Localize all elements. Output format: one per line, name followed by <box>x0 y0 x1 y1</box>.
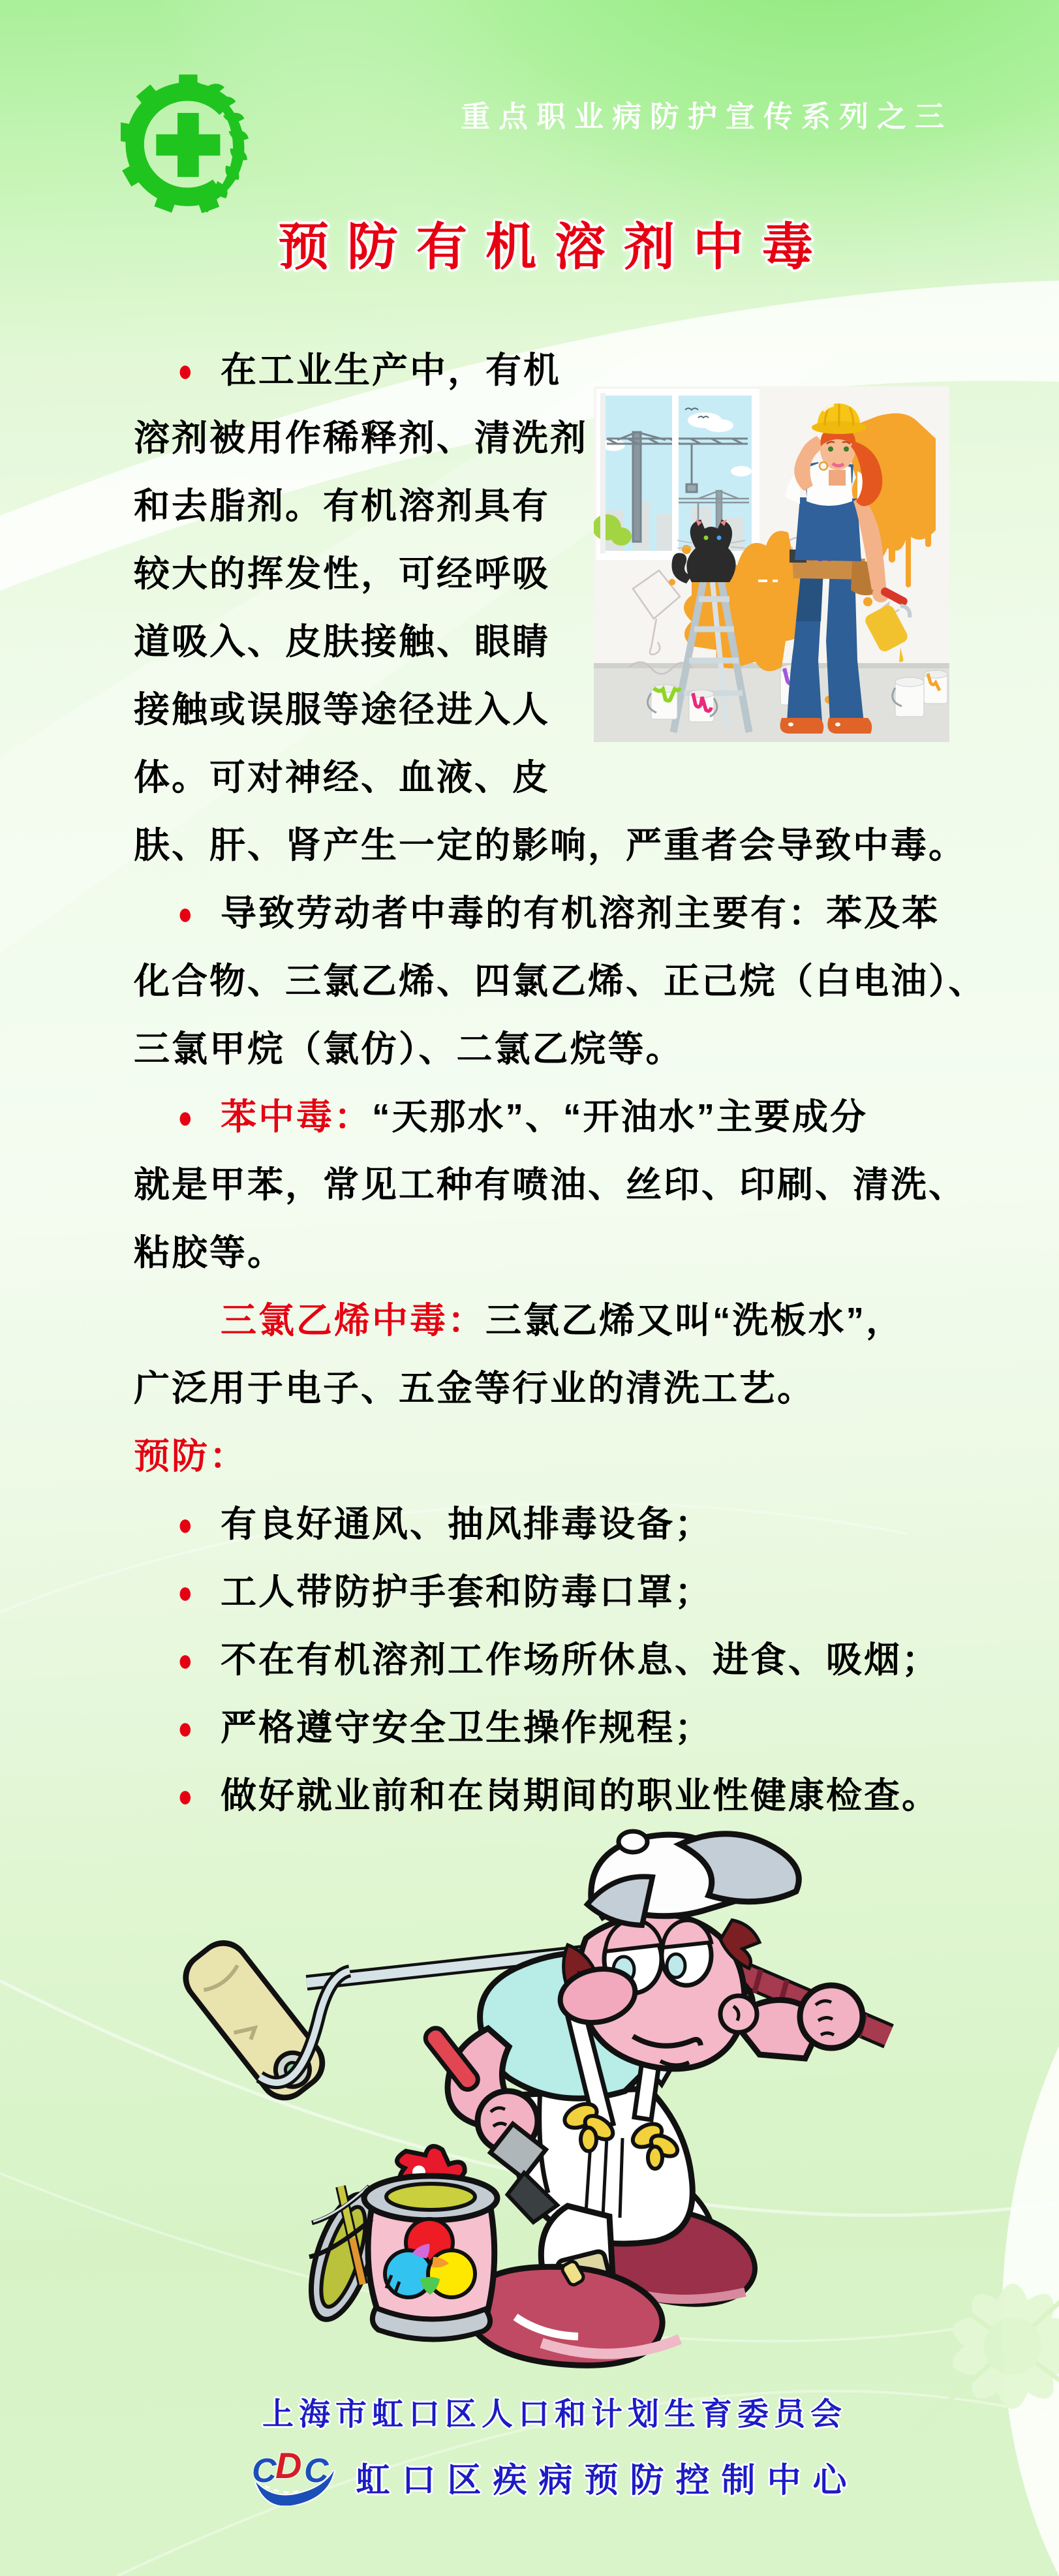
text-line: 三氯甲烷（氯仿）、二氯乙烷等。 <box>134 1015 975 1083</box>
text-line: ●苯中毒：“天那水”、“开油水”主要成分 <box>134 1083 975 1151</box>
text-line: 就是甲苯，常见工种有喷油、丝印、印刷、清洗、 <box>134 1151 975 1218</box>
line-text: 三氯乙烯又叫“洗板水”， <box>485 1300 904 1341</box>
prevention-item: ●工人带防护手套和防毒口罩； <box>134 1558 975 1626</box>
cartoon-painter <box>176 1821 907 2382</box>
line-text: 和去脂剂。有机溶剂具有 <box>134 486 550 526</box>
line-text: 三氯甲烷（氯仿）、二氯乙烷等。 <box>134 1029 684 1069</box>
text-line: 较大的挥发性，可经呼吸 <box>134 540 975 608</box>
text-line: 道吸入、皮肤接触、眼睛 <box>134 608 975 675</box>
text-line: ●导致劳动者中毒的有机溶剂主要有：苯及苯 <box>134 879 975 947</box>
bullet-icon: ● <box>177 1559 194 1627</box>
line-text: 肤、肝、肾产生一定的影响，严重者会导致中毒。 <box>134 825 966 865</box>
line-text: 做好就业前和在岗期间的职业性健康检查。 <box>221 1775 940 1816</box>
line-text: 体。可对神经、血液、皮 <box>134 757 550 798</box>
footer-committee-name: 上海市虹口区人口和计划生育委员会 <box>134 2389 975 2434</box>
red-emphasis: 苯中毒： <box>221 1096 372 1137</box>
text-line: 三氯乙烯中毒：三氯乙烯又叫“洗板水”， <box>134 1286 975 1354</box>
text-line: 肤、肝、肾产生一定的影响，严重者会导致中毒。 <box>134 811 975 879</box>
line-text: 严格遵守安全卫生操作规程； <box>221 1707 713 1748</box>
cdc-letter-c2: C <box>304 2452 330 2490</box>
gripping-fist <box>800 1985 863 2048</box>
text-line: 体。可对神经、血液、皮 <box>134 743 975 811</box>
text-line: 化合物、三氯乙烯、四氯乙烯、正己烷（白电油）、 <box>134 947 975 1015</box>
line-text: 工人带防护手套和防毒口罩； <box>221 1572 713 1612</box>
cap-button <box>619 1831 647 1852</box>
line-text: 有良好通风、抽风排毒设备； <box>221 1504 713 1544</box>
paragraph-2: ●导致劳动者中毒的有机溶剂主要有：苯及苯化合物、三氯乙烯、四氯乙烯、正己烷（白电… <box>134 879 975 1083</box>
painter-cap <box>587 1831 799 1925</box>
bullet-icon: ● <box>177 1491 194 1559</box>
prevention-list: ●有良好通风、抽风排毒设备；●工人带防护手套和防毒口罩；●不在有机溶剂工作场所休… <box>134 1490 975 1829</box>
occupational-safety-logo <box>121 73 266 215</box>
paragraph-1: ●在工业生产中，有机溶剂被用作稀释剂、清洗剂和去脂剂。有机溶剂具有较大的挥发性，… <box>134 336 975 879</box>
footer-cdc-name: 虹口区疾病预防控制中心 <box>356 2453 858 2502</box>
line-text: 不在有机溶剂工作场所休息、进食、吸烟； <box>221 1639 940 1680</box>
red-emphasis: 三氯乙烯中毒： <box>221 1300 485 1341</box>
prevention-item: ●严格遵守安全卫生操作规程； <box>134 1694 975 1761</box>
prevention-item: ●做好就业前和在岗期间的职业性健康检查。 <box>134 1761 975 1829</box>
cdc-logo: C D C <box>251 2448 339 2506</box>
series-label: 重点职业病防护宣传系列之三 <box>461 93 953 135</box>
bullet-icon: ● <box>177 1084 194 1152</box>
bullet-icon: ● <box>177 1695 194 1763</box>
paragraph-3: ●苯中毒：“天那水”、“开油水”主要成分就是甲苯，常见工种有喷油、丝印、印刷、清… <box>134 1083 975 1286</box>
line-text: 化合物、三氯乙烯、四氯乙烯、正己烷（白电油）、 <box>134 961 987 1001</box>
line-text: 就是甲苯，常见工种有喷油、丝印、印刷、清洗、 <box>134 1164 966 1205</box>
line-text: 粘胶等。 <box>134 1232 285 1273</box>
text-line: 粘胶等。 <box>134 1218 975 1286</box>
cross-icon <box>156 113 220 177</box>
line-text: “天那水”、“开油水”主要成分 <box>372 1096 868 1137</box>
paragraph-4: 三氯乙烯中毒：三氯乙烯又叫“洗板水”，广泛用于电子、五金等行业的清洗工艺。 <box>134 1286 975 1422</box>
text-line: 溶剂被用作稀释剂、清洗剂 <box>134 404 975 472</box>
line-text: 较大的挥发性，可经呼吸 <box>134 553 550 594</box>
text-line: 接触或误服等途径进入人 <box>134 675 975 743</box>
bullet-icon: ● <box>177 337 194 405</box>
footer: 上海市虹口区人口和计划生育委员会 C D C 虹口区疾病预防控制中心 <box>134 2389 975 2506</box>
line-text: 溶剂被用作稀释剂、清洗剂 <box>134 418 588 458</box>
bullet-icon: ● <box>177 1627 194 1695</box>
prevention-heading: 预防： <box>134 1422 975 1490</box>
cdc-letter-c1: C <box>252 2452 277 2490</box>
page-title: 预防有机溶剂中毒 <box>134 206 975 279</box>
text-line: 和去脂剂。有机溶剂具有 <box>134 472 975 540</box>
line-text: 广泛用于电子、五金等行业的清洗工艺。 <box>134 1368 815 1408</box>
cdc-letter-d: D <box>275 2448 301 2486</box>
prevention-item: ●有良好通风、抽风排毒设备； <box>134 1490 975 1558</box>
line-text: 在工业生产中，有机 <box>221 350 561 390</box>
text-line: 广泛用于电子、五金等行业的清洗工艺。 <box>134 1354 975 1422</box>
poster-root: 重点职业病防护宣传系列之三 预防有机溶剂中毒 <box>0 0 1059 2576</box>
body-text: ●在工业生产中，有机溶剂被用作稀释剂、清洗剂和去脂剂。有机溶剂具有较大的挥发性，… <box>134 336 975 1829</box>
prevention-item: ●不在有机溶剂工作场所休息、进食、吸烟； <box>134 1626 975 1694</box>
line-text: 接触或误服等途径进入人 <box>134 689 550 730</box>
bullet-icon: ● <box>177 880 194 948</box>
line-text: 导致劳动者中毒的有机溶剂主要有：苯及苯 <box>221 893 940 933</box>
line-text: 道吸入、皮肤接触、眼睛 <box>134 621 550 662</box>
text-line: ●在工业生产中，有机 <box>134 336 975 404</box>
